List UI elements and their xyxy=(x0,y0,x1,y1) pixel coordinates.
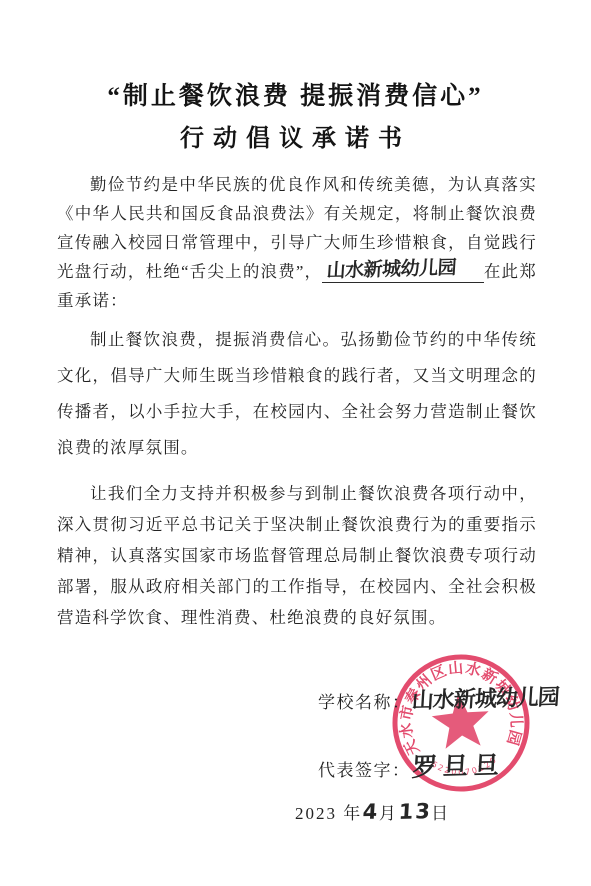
representative-signature-row: 代表签字：罗旦旦 xyxy=(318,748,504,784)
date-day-handwritten: 13 xyxy=(398,799,433,824)
date-row: 2023 年4月13日 xyxy=(295,799,450,824)
document-title-line2: 行动倡议承诺书 xyxy=(0,118,591,153)
school-name-handwritten-inline: 山水新城幼儿园 xyxy=(326,259,457,282)
signature-label: 代表签字： xyxy=(318,761,411,780)
school-name-blank: 山水新城幼儿园 xyxy=(322,262,484,283)
school-name-handwritten: 山水新城幼儿园 xyxy=(411,680,560,715)
paragraph-1: 勤俭节约是中华民族的优良作风和传统美德，为认真落实《中华人民共和国反食品浪费法》… xyxy=(57,170,537,315)
document-title-line1: “制止餐饮浪费 提振消费信心” xyxy=(0,76,591,112)
school-name-label: 学校名称： xyxy=(318,693,411,712)
date-year: 2023 年 xyxy=(295,804,362,823)
document-page: “制止餐饮浪费 提振消费信心” 行动倡议承诺书 勤俭节约是中华民族的优良作风和传… xyxy=(0,0,591,886)
school-name-row: 学校名称：山水新城幼儿园 xyxy=(318,684,558,715)
date-month-handwritten: 4 xyxy=(362,800,380,824)
paragraph-2: 制止餐饮浪费，提振消费信心。弘扬勤俭节约的中华传统文化，倡导广大师生既当珍惜粮食… xyxy=(57,322,537,466)
date-day-unit: 日 xyxy=(431,804,450,823)
signature-handwritten: 罗旦旦 xyxy=(411,745,506,784)
date-month-unit: 月 xyxy=(379,804,398,823)
paragraph-3: 让我们全力支持并积极参与到制止餐饮浪费各项行动中，深入贯彻习近平总书记关于坚决制… xyxy=(57,478,537,633)
